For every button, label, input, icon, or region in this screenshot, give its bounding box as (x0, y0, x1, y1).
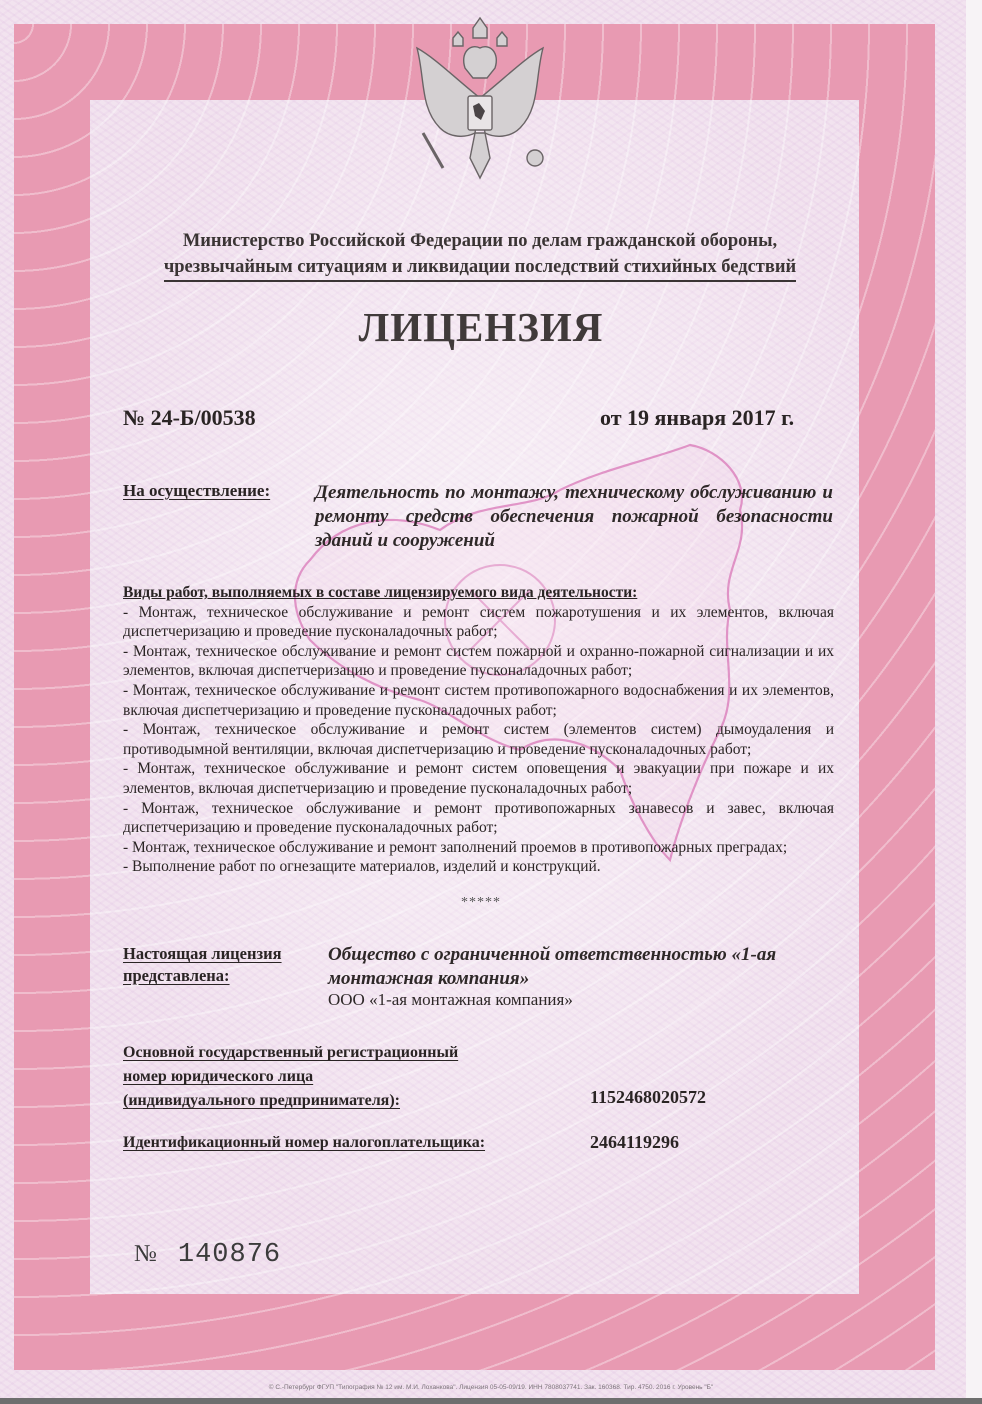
ogrn-value: 1152468020572 (590, 1087, 706, 1108)
authority-line-1: Министерство Российской Федерации по дел… (120, 228, 840, 254)
number-sign: № (134, 1241, 158, 1267)
issuing-authority: Министерство Российской Федерации по дел… (120, 228, 840, 282)
license-number: № 24-Б/00538 (123, 405, 256, 431)
works-list: Виды работ, выполняемых в составе лиценз… (123, 583, 834, 877)
form-serial-number: №140876 (134, 1240, 281, 1270)
scan-bottom-edge (0, 1398, 982, 1404)
work-item: - Монтаж, техническое обслуживание и рем… (123, 681, 834, 720)
purpose-text: Деятельность по монтажу, техническому об… (315, 481, 833, 553)
scan-edge (966, 0, 982, 1398)
printer-imprint: © С.-Петербург ФГУП "Типография № 12 им.… (0, 1384, 982, 1391)
work-item: - Монтаж, техническое обслуживание и рем… (123, 799, 834, 838)
holder-label: Настоящая лицензия представлена: (123, 943, 313, 987)
inn-label: Идентификационный номер налогоплательщик… (123, 1134, 485, 1152)
work-item: - Монтаж, техническое обслуживание и рем… (123, 603, 834, 642)
authority-line-2: чрезвычайным ситуациям и ликвидации посл… (164, 254, 796, 282)
inn-value: 2464119296 (590, 1132, 679, 1153)
serial-value: 140876 (178, 1240, 281, 1270)
work-item: - Выполнение работ по огнезащите материа… (123, 857, 834, 877)
separator-stars: ***** (0, 895, 962, 911)
holder-full-name: Общество с ограниченной ответственностью… (328, 943, 848, 991)
works-heading: Виды работ, выполняемых в составе лиценз… (123, 583, 834, 603)
document-title: ЛИЦЕНЗИЯ (0, 303, 962, 351)
purpose-label: На осуществление: (123, 481, 270, 501)
work-item: - Монтаж, техническое обслуживание и рем… (123, 838, 834, 858)
work-item: - Монтаж, техническое обслуживание и рем… (123, 720, 834, 759)
license-date: от 19 января 2017 г. (600, 405, 794, 431)
coat-of-arms-icon (395, 8, 565, 193)
ogrn-label: Основной государственный регистрационный… (123, 1041, 458, 1113)
holder-short-name: ООО «1-ая монтажная компания» (328, 990, 573, 1010)
work-item: - Монтаж, техническое обслуживание и рем… (123, 642, 834, 681)
work-item: - Монтаж, техническое обслуживание и рем… (123, 759, 834, 798)
